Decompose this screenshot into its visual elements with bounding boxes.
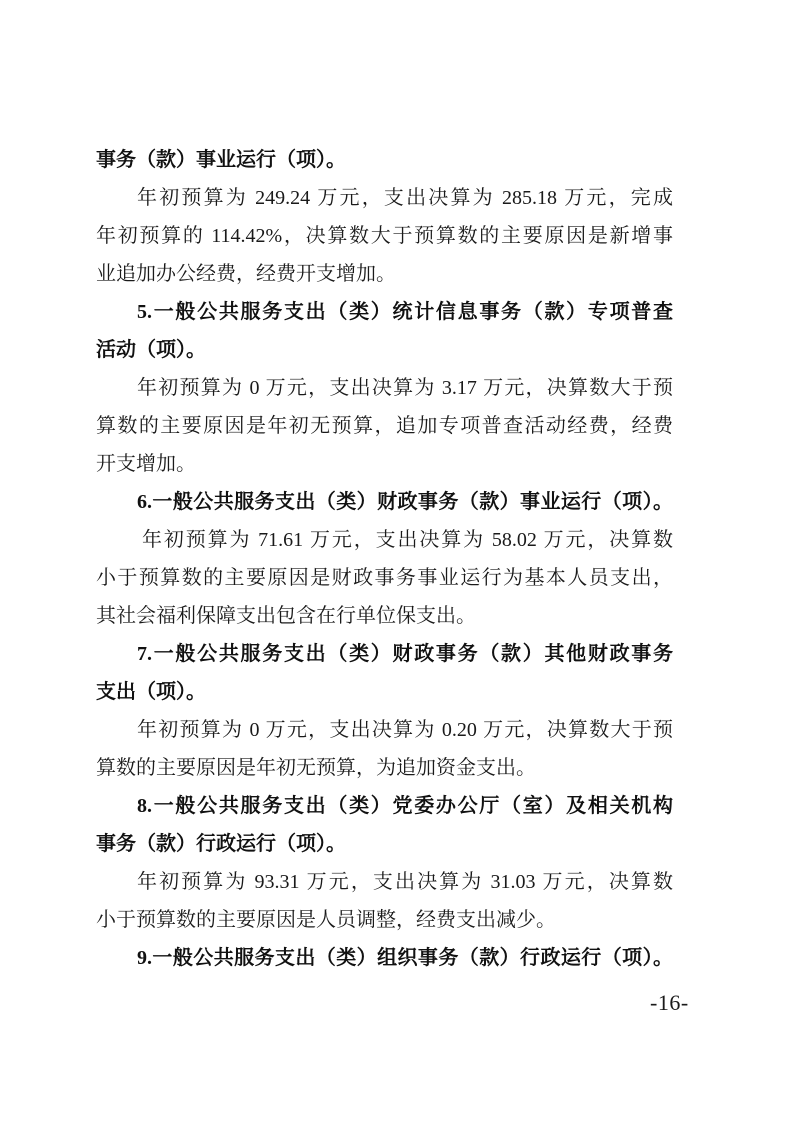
document-page: 事务（款）事业运行（项）。 年初预算为 249.24 万元，支出决算为 285.… (0, 0, 793, 1122)
section-heading-line: 5.一般公共服务支出（类）统计信息事务（款）专项普查 (96, 293, 673, 331)
body-text-line: 开支增加。 (96, 445, 673, 483)
body-text-line: 年初预算为 0 万元，支出决算为 0.20 万元，决算数大于预 (96, 711, 673, 749)
body-text-line: 其社会福利保障支出包含在行单位保支出。 (96, 597, 673, 635)
section-heading-line: 事务（款）事业运行（项）。 (96, 141, 673, 179)
document-body: 事务（款）事业运行（项）。 年初预算为 249.24 万元，支出决算为 285.… (96, 141, 673, 977)
section-heading-line: 支出（项）。 (96, 673, 673, 711)
body-text-line: 业追加办公经费，经费开支增加。 (96, 255, 673, 293)
body-text-line: 算数的主要原因是年初无预算，为追加资金支出。 (96, 749, 673, 787)
section-heading-line: 9.一般公共服务支出（类）组织事务（款）行政运行（项）。 (96, 939, 673, 977)
body-text-line: 小于预算数的主要原因是财政事务事业运行为基本人员支出， (96, 559, 673, 597)
body-text-line: 年初预算为 249.24 万元，支出决算为 285.18 万元，完成 (96, 179, 673, 217)
section-heading-line: 6.一般公共服务支出（类）财政事务（款）事业运行（项）。 (96, 483, 673, 521)
section-heading-line: 活动（项）。 (96, 331, 673, 369)
body-text-line: 小于预算数的主要原因是人员调整，经费支出减少。 (96, 901, 673, 939)
body-text-line: 年初预算为 93.31 万元，支出决算为 31.03 万元，决算数 (96, 863, 673, 901)
section-heading-line: 8.一般公共服务支出（类）党委办公厅（室）及相关机构 (96, 787, 673, 825)
body-text-line: 年初预算为 0 万元，支出决算为 3.17 万元，决算数大于预 (96, 369, 673, 407)
section-heading-line: 事务（款）行政运行（项）。 (96, 825, 673, 863)
body-text-line: 年初预算的 114.42%，决算数大于预算数的主要原因是新增事 (96, 217, 673, 255)
body-text-line: 算数的主要原因是年初无预算，追加专项普查活动经费，经费 (96, 407, 673, 445)
page-number: -16- (650, 991, 689, 1015)
section-heading-line: 7.一般公共服务支出（类）财政事务（款）其他财政事务 (96, 635, 673, 673)
body-text-line: 年初预算为 71.61 万元，支出决算为 58.02 万元，决算数 (96, 521, 673, 559)
